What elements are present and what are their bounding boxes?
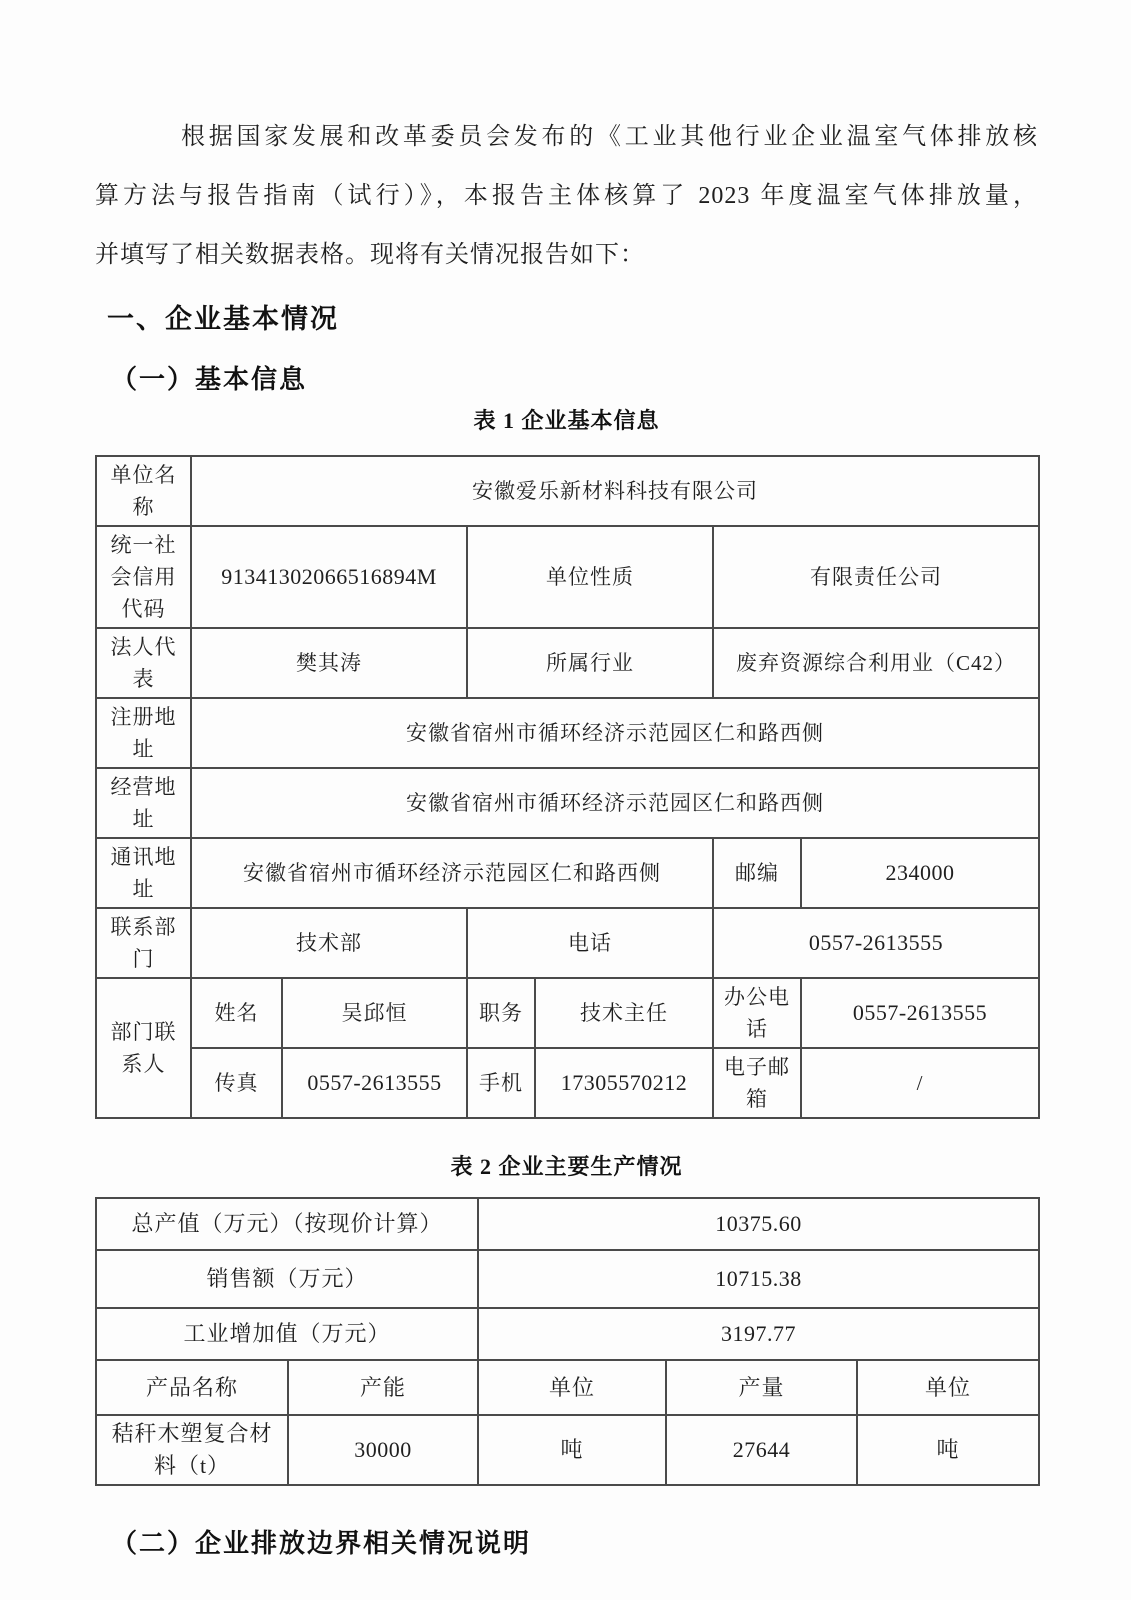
section-1-heading: 一、企业基本情况 — [107, 301, 1038, 337]
contact-name-label-cell: 姓名 — [191, 978, 282, 1048]
table-row: 联系部门 技术部 电话 0557-2613555 — [96, 908, 1039, 978]
email-value-cell: / — [801, 1048, 1039, 1118]
product-name-value-cell: 秸秆木塑复合材料（t） — [96, 1415, 288, 1485]
product-name-header-cell: 产品名称 — [96, 1360, 288, 1415]
business-address-value-cell: 安徽省宿州市循环经济示范园区仁和路西侧 — [191, 768, 1039, 838]
table-row: 总产值（万元）（按现价计算） 10375.60 — [96, 1198, 1039, 1250]
table2-production-info: 总产值（万元）（按现价计算） 10375.60 销售额（万元） 10715.38… — [95, 1197, 1040, 1486]
industry-label-cell: 所属行业 — [467, 628, 713, 698]
table-row: 传真 0557-2613555 手机 17305570212 电子邮箱 / — [96, 1048, 1039, 1118]
table-row: 统一社会信用代码 91341302066516894M 单位性质 有限责任公司 — [96, 526, 1039, 628]
output-header-cell: 产量 — [666, 1360, 857, 1415]
office-phone-value-cell: 0557-2613555 — [801, 978, 1039, 1048]
phone-label-cell: 电话 — [467, 908, 713, 978]
added-value-value-cell: 3197.77 — [478, 1308, 1039, 1360]
section-1-1-heading: （一）基本信息 — [111, 362, 1038, 398]
job-title-value-cell: 技术主任 — [535, 978, 713, 1048]
unit-name-label-cell: 单位名称 — [96, 456, 191, 526]
table-row: 通讯地址 安徽省宿州市循环经济示范园区仁和路西侧 邮编 234000 — [96, 838, 1039, 908]
gross-output-value-cell: 10375.60 — [478, 1198, 1039, 1250]
registered-address-value-cell: 安徽省宿州市循环经济示范园区仁和路西侧 — [191, 698, 1039, 768]
contact-name-value-cell: 吴邱恒 — [282, 978, 467, 1048]
table2-caption: 表 2 企业主要生产情况 — [95, 1153, 1038, 1181]
legal-rep-value-cell: 樊其涛 — [191, 628, 467, 698]
mobile-value-cell: 17305570212 — [535, 1048, 713, 1118]
unit1-value-cell: 吨 — [478, 1415, 666, 1485]
phone-value-cell: 0557-2613555 — [713, 908, 1039, 978]
table-row: 经营地址 安徽省宿州市循环经济示范园区仁和路西侧 — [96, 768, 1039, 838]
legal-rep-label-cell: 法人代表 — [96, 628, 191, 698]
intro-line: 算方法与报告指南（试行）》，本报告主体核算了 2023 年度温室气体排放量， — [95, 167, 1038, 226]
email-label-cell: 电子邮箱 — [713, 1048, 801, 1118]
fax-label-cell: 传真 — [191, 1048, 282, 1118]
sales-label-cell: 销售额（万元） — [96, 1250, 478, 1308]
office-phone-label-cell: 办公电话 — [713, 978, 801, 1048]
sales-value-cell: 10715.38 — [478, 1250, 1039, 1308]
mobile-label-cell: 手机 — [467, 1048, 535, 1118]
job-title-label-cell: 职务 — [467, 978, 535, 1048]
contact-dept-label-cell: 联系部门 — [96, 908, 191, 978]
output-value-cell: 27644 — [666, 1415, 857, 1485]
table-header-row: 产品名称 产能 单位 产量 单位 — [96, 1360, 1039, 1415]
capacity-value-cell: 30000 — [288, 1415, 478, 1485]
credit-code-value-cell: 91341302066516894M — [191, 526, 467, 628]
table1-basic-info: 单位名称 安徽爱乐新材料科技有限公司 统一社会信用代码 913413020665… — [95, 455, 1040, 1119]
table-row: 工业增加值（万元） 3197.77 — [96, 1308, 1039, 1360]
table1-caption: 表 1 企业基本信息 — [95, 407, 1038, 435]
business-address-label-cell: 经营地址 — [96, 768, 191, 838]
unit-type-label-cell: 单位性质 — [467, 526, 713, 628]
added-value-label-cell: 工业增加值（万元） — [96, 1308, 478, 1360]
table-row: 单位名称 安徽爱乐新材料科技有限公司 — [96, 456, 1039, 526]
table-row: 销售额（万元） 10715.38 — [96, 1250, 1039, 1308]
intro-paragraph: 根据国家发展和改革委员会发布的《工业其他行业企业温室气体排放核 算方法与报告指南… — [95, 108, 1038, 285]
section-1-2-heading: （二）企业排放边界相关情况说明 — [111, 1526, 1038, 1562]
unit2-header-cell: 单位 — [857, 1360, 1039, 1415]
intro-line: 并填写了相关数据表格。现将有关情况报告如下： — [95, 226, 1038, 285]
intro-line: 根据国家发展和改革委员会发布的《工业其他行业企业温室气体排放核 — [95, 108, 1038, 167]
dept-contact-label-cell: 部门联系人 — [96, 978, 191, 1118]
postcode-label-cell: 邮编 — [713, 838, 801, 908]
fax-value-cell: 0557-2613555 — [282, 1048, 467, 1118]
table-row: 秸秆木塑复合材料（t） 30000 吨 27644 吨 — [96, 1415, 1039, 1485]
capacity-header-cell: 产能 — [288, 1360, 478, 1415]
credit-code-label-cell: 统一社会信用代码 — [96, 526, 191, 628]
industry-value-cell: 废弃资源综合利用业（C42） — [713, 628, 1039, 698]
postcode-value-cell: 234000 — [801, 838, 1039, 908]
unit-name-value-cell: 安徽爱乐新材料科技有限公司 — [191, 456, 1039, 526]
contact-dept-value-cell: 技术部 — [191, 908, 467, 978]
table-row: 注册地址 安徽省宿州市循环经济示范园区仁和路西侧 — [96, 698, 1039, 768]
page-content: 根据国家发展和改革委员会发布的《工业其他行业企业温室气体排放核 算方法与报告指南… — [0, 0, 1131, 1562]
unit-type-value-cell: 有限责任公司 — [713, 526, 1039, 628]
registered-address-label-cell: 注册地址 — [96, 698, 191, 768]
unit2-value-cell: 吨 — [857, 1415, 1039, 1485]
document-page: 根据国家发展和改革委员会发布的《工业其他行业企业温室气体排放核 算方法与报告指南… — [0, 0, 1131, 1600]
mailing-address-value-cell: 安徽省宿州市循环经济示范园区仁和路西侧 — [191, 838, 713, 908]
unit1-header-cell: 单位 — [478, 1360, 666, 1415]
mailing-address-label-cell: 通讯地址 — [96, 838, 191, 908]
table-row: 法人代表 樊其涛 所属行业 废弃资源综合利用业（C42） — [96, 628, 1039, 698]
table-row: 部门联系人 姓名 吴邱恒 职务 技术主任 办公电话 0557-2613555 — [96, 978, 1039, 1048]
gross-output-label-cell: 总产值（万元）（按现价计算） — [96, 1198, 478, 1250]
